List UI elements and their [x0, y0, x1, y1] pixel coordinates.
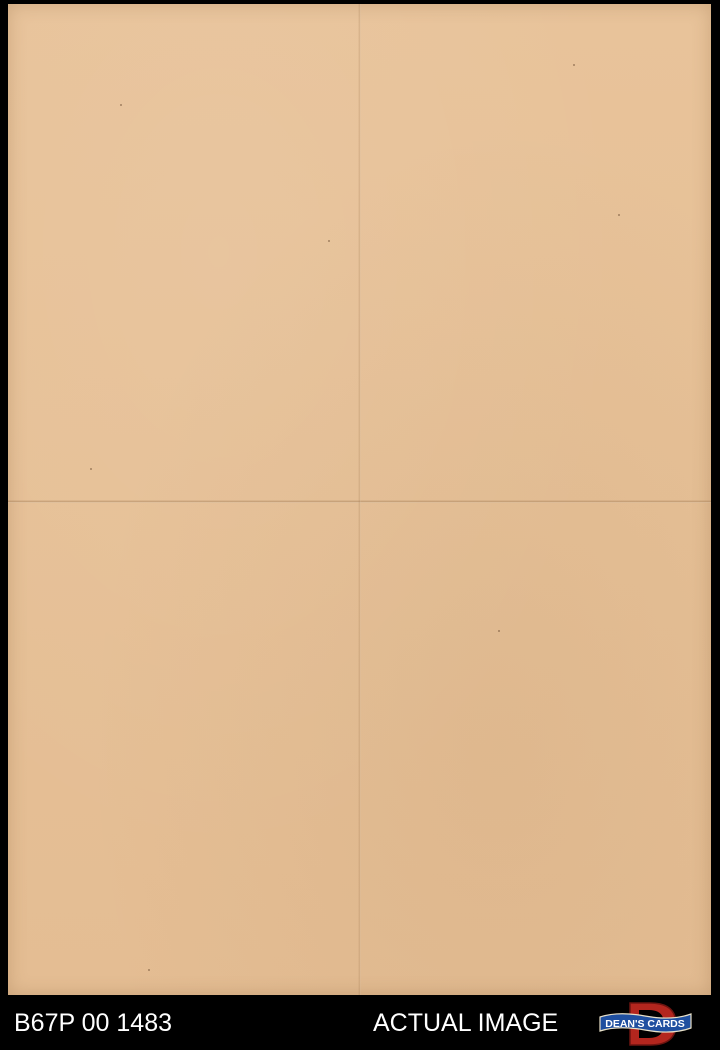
- paper-speck: [498, 630, 500, 632]
- paper-speck: [573, 64, 575, 66]
- deans-cards-logo-icon: DEAN'S CARDS: [598, 1001, 693, 1047]
- actual-image-label: ACTUAL IMAGE: [373, 1009, 558, 1038]
- paper-speck: [328, 240, 330, 242]
- paper-speck: [148, 969, 150, 971]
- cert-number: B67P 00 1483: [14, 1009, 172, 1038]
- paper-speck: [120, 104, 122, 106]
- vertical-fold-line: [358, 4, 361, 995]
- footer-bar: B67P 00 1483 ACTUAL IMAGE DEAN'S CARDS: [0, 995, 720, 1050]
- logo-text: DEAN'S CARDS: [605, 1018, 685, 1030]
- paper-speck: [618, 214, 620, 216]
- paper-speck: [90, 468, 92, 470]
- card-back-paper: [8, 4, 711, 995]
